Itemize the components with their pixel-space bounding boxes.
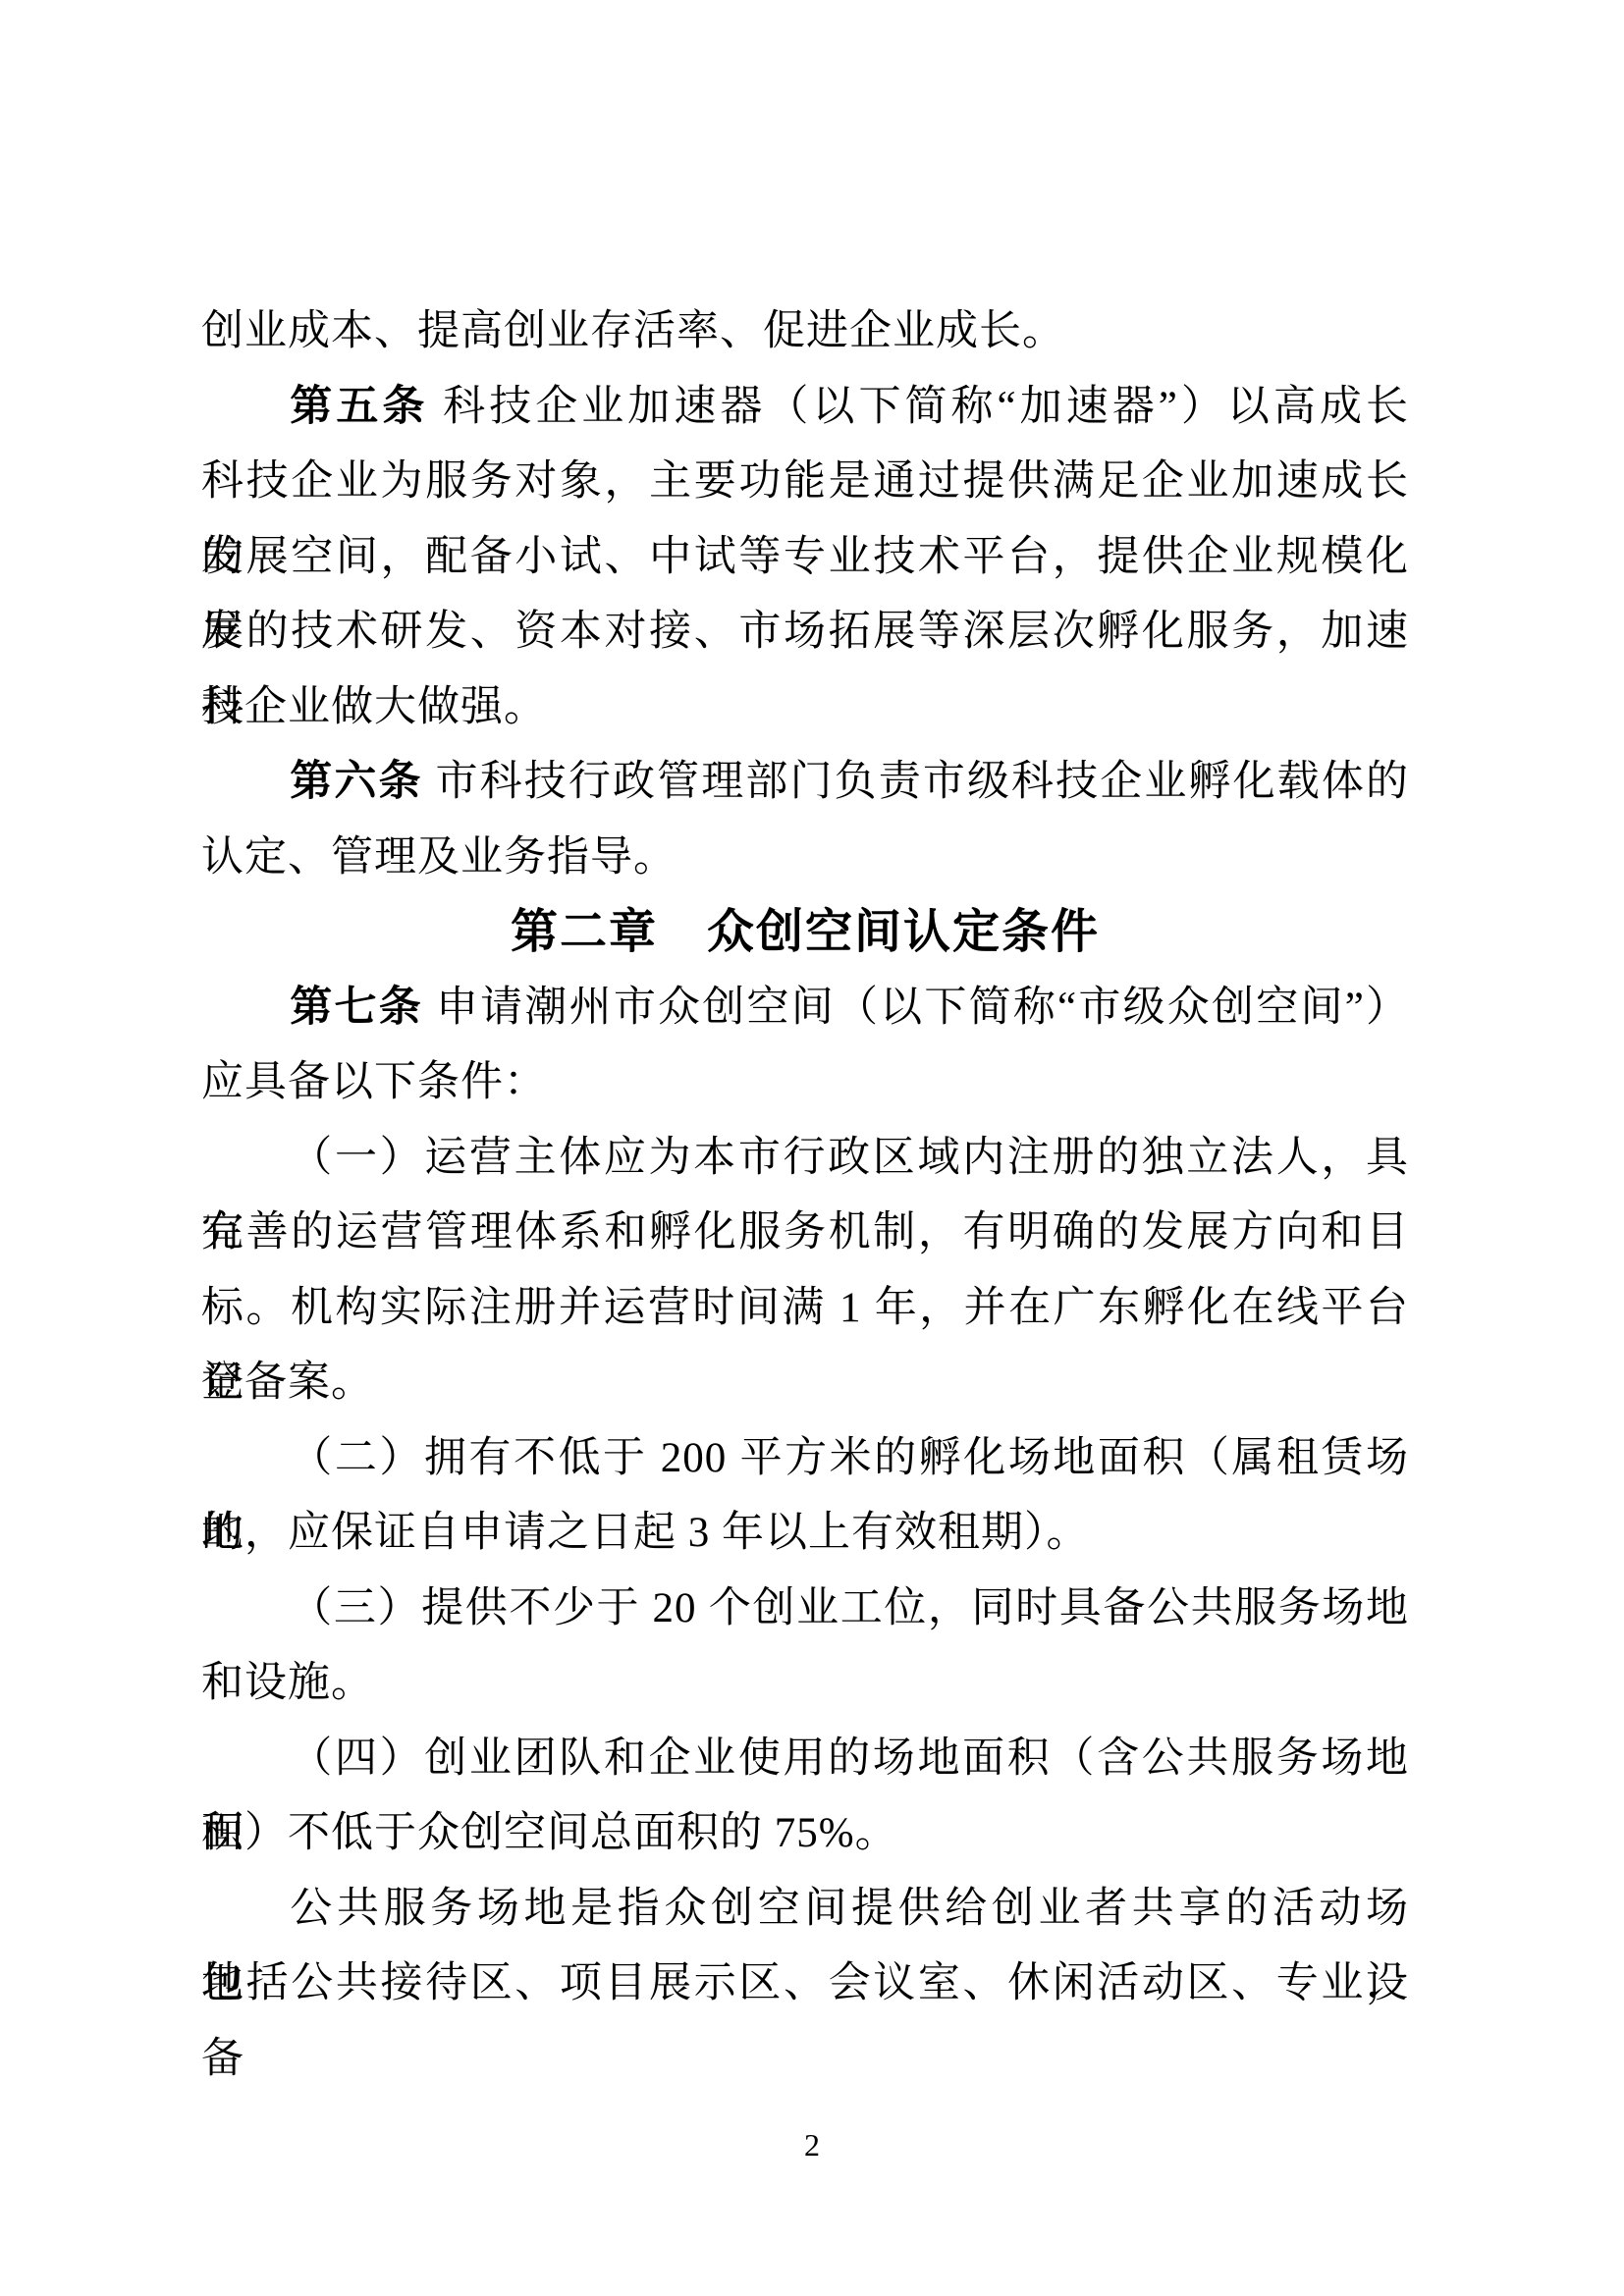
text-line: 科技企业为服务对象，主要功能是通过提供满足企业加速成长的 (201, 445, 1409, 520)
text-line: 完善的运营管理体系和孵化服务机制，有明确的发展方向和目 (201, 1196, 1409, 1271)
chapter-heading: 第二章 众创空间认定条件 (201, 895, 1409, 971)
text-line: 展的技术研发、资本对接、市场拓展等深层次孵化服务，加速科 (201, 595, 1409, 670)
text-line: 和设施。 (201, 1646, 1409, 1722)
text-run: 市科技行政管理部门负责市级科技企业孵化载体的 (423, 759, 1409, 805)
text-run: 和设施。 (201, 1660, 374, 1706)
page-footer: 2 (0, 2115, 1624, 2174)
article-number: 第六条 (290, 759, 422, 805)
article-number: 第七条 (290, 985, 423, 1031)
text-line: 公共服务场地是指众创空间提供给创业者共享的活动场地， (201, 1872, 1409, 1948)
text-line: 积）不低于众创空间总面积的 75%。 (201, 1796, 1409, 1872)
text-line: 创业成本、提高创业存活率、促进企业成长。 (201, 294, 1409, 370)
text-line: 应具备以下条件： (201, 1045, 1409, 1121)
text-run: 技企业做大做强。 (201, 684, 547, 730)
text-run: 创业成本、提高创业存活率、促进企业成长。 (201, 308, 1065, 354)
text-line: 标。机构实际注册并运营时间满 1 年，并在广东孵化在线平台登 (201, 1271, 1409, 1347)
text-run: 完善的运营管理体系和孵化服务机制，有明确的发展方向和目 (201, 1209, 1409, 1255)
text-line: 的，应保证自申请之日起 3 年以上有效租期）。 (201, 1496, 1409, 1572)
text-run: 积）不低于众创空间总面积的 75%。 (201, 1810, 898, 1856)
text-run: 的，应保证自申请之日起 3 年以上有效租期）。 (201, 1510, 1090, 1556)
text-run: 认定、管理及业务指导。 (201, 834, 677, 881)
text-run: 记备案。 (201, 1360, 374, 1406)
text-run: 科技企业加速器（以下简称“加速器”）以高成长 (428, 384, 1409, 430)
text-line: 包括公共接待区、项目展示区、会议室、休闲活动区、专业设备 (201, 1947, 1409, 2022)
text-line: （四）创业团队和企业使用的场地面积（含公共服务场地面 (201, 1722, 1409, 1797)
text-line: （二）拥有不低于 200 平方米的孵化场地面积（属租赁场地 (201, 1421, 1409, 1497)
text-run: 应具备以下条件： (201, 1059, 547, 1105)
text-line: 第七条 申请潮州市众创空间（以下简称“市级众创空间”） (201, 971, 1409, 1046)
text-run: 第二章 众创空间认定条件 (511, 906, 1100, 958)
document-page: 创业成本、提高创业存活率、促进企业成长。第五条 科技企业加速器（以下简称“加速器… (0, 0, 1624, 2296)
text-run: 申请潮州市众创空间（以下简称“市级众创空间”） (423, 985, 1409, 1031)
text-block: 创业成本、提高创业存活率、促进企业成长。第五条 科技企业加速器（以下简称“加速器… (201, 294, 1409, 2022)
text-run: 包括公共接待区、项目展示区、会议室、休闲活动区、专业设备 (201, 1960, 1409, 2082)
text-line: 技企业做大做强。 (201, 670, 1409, 746)
text-line: 记备案。 (201, 1346, 1409, 1421)
text-line: 第五条 科技企业加速器（以下简称“加速器”）以高成长 (201, 370, 1409, 446)
text-run: （三）提供不少于 20 个创业工位，同时具备公共服务场地 (290, 1585, 1409, 1631)
text-line: （一）运营主体应为本市行政区域内注册的独立法人，具有 (201, 1121, 1409, 1197)
text-line: 第六条 市科技行政管理部门负责市级科技企业孵化载体的 (201, 745, 1409, 821)
text-line: 发展空间，配备小试、中试等专业技术平台，提供企业规模化发 (201, 520, 1409, 596)
text-line: （三）提供不少于 20 个创业工位，同时具备公共服务场地 (201, 1572, 1409, 1647)
article-number: 第五条 (290, 384, 428, 430)
text-line: 认定、管理及业务指导。 (201, 821, 1409, 896)
page-number: 2 (804, 2127, 820, 2163)
